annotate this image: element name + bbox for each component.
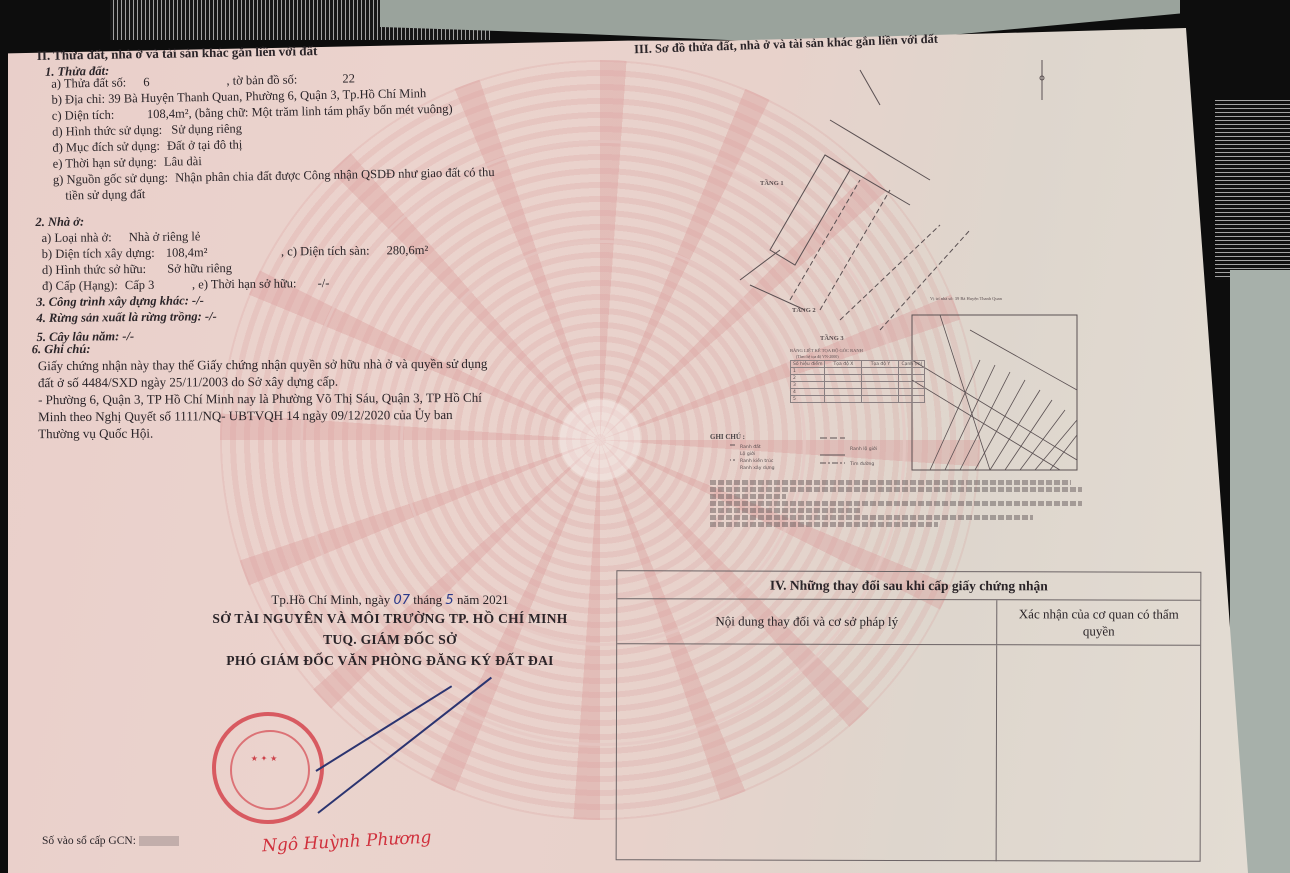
col-header: Cạnh (m) xyxy=(899,361,925,368)
table-row: 3 xyxy=(791,382,925,389)
coord-table: Số hiệu điểm Tọa độ X Tọa độ Y Cạnh (m) … xyxy=(790,360,925,403)
col-header: Tọa độ Y xyxy=(862,361,899,368)
cell xyxy=(862,368,899,375)
issue-month: 5 xyxy=(445,593,453,608)
area-label: c) Diện tích: xyxy=(52,106,144,124)
ownership-label: d) Hình thức sở hữu: xyxy=(42,262,146,277)
serial-number-row: Số vào sổ cấp GCN: xyxy=(42,835,179,847)
floor-3-label: TẦNG 3 xyxy=(820,335,844,342)
table-row: 4 xyxy=(791,389,925,396)
cell xyxy=(825,368,862,375)
grade-value: Cấp 3 xyxy=(121,276,189,293)
cell xyxy=(862,382,899,389)
legend-item: Ranh kiến trúc xyxy=(740,458,860,465)
floor-area-label: , c) Diện tích sàn: xyxy=(281,244,370,259)
note-line: Minh theo Nghị Quyết số 1111/NQ- UBTVQH … xyxy=(38,406,488,425)
map-sheet-label: , tờ bản đồ số: xyxy=(226,72,297,87)
cell xyxy=(899,375,925,382)
cell xyxy=(825,382,862,389)
col-header: Tọa độ X xyxy=(825,361,862,368)
fine-print-line xyxy=(710,487,1082,492)
floor-2-label: TẦNG 2 xyxy=(792,307,816,314)
build-area-label: b) Diện tích xây dựng: xyxy=(42,246,155,261)
official-red-stamp: ★ ✦ ★ xyxy=(212,712,324,824)
legend-item: Tim đường xyxy=(850,461,930,468)
house-type-value: Nhà ở riêng lẻ xyxy=(115,229,201,244)
cell xyxy=(899,396,925,403)
serial-label: Số vào sổ cấp GCN: xyxy=(42,835,136,847)
serial-number-redacted xyxy=(139,836,179,846)
note-line: Thường vụ Quốc Hội. xyxy=(38,423,488,442)
table-row: 2 xyxy=(791,375,925,382)
floor-area-value: 280,6m² xyxy=(373,243,429,258)
fine-print-line xyxy=(710,494,786,499)
issue-day: 07 xyxy=(393,593,410,608)
legend-item: Lộ giới xyxy=(740,451,860,458)
production-forest: 4. Rừng sản xuất là rừng trồng: -/- xyxy=(36,306,429,326)
table-row: 5 xyxy=(791,396,925,403)
cell: 3 xyxy=(791,382,825,389)
changes-table-header: Nội dung thay đổi và cơ sở pháp lý Xác n… xyxy=(617,599,1200,646)
legend-items-left: Ranh đất Lộ giới Ranh kiến trúc Ranh xây… xyxy=(740,444,860,472)
purpose-label: đ) Mục đích sử dụng: xyxy=(52,139,160,155)
diagram-fine-print xyxy=(710,478,1090,529)
cell xyxy=(825,375,862,382)
house-type-label: a) Loại nhà ở: xyxy=(42,230,112,245)
fine-print-line xyxy=(710,522,938,527)
parcel-no: 6 xyxy=(129,73,223,91)
origin-label: g) Nguồn gốc sử dụng: xyxy=(53,171,168,187)
legend-title: GHI CHÚ : xyxy=(710,433,745,441)
address-label: b) Địa chỉ: xyxy=(51,92,105,107)
change-content-cell xyxy=(617,644,998,861)
legend-items-right: Ranh lộ giới Tim đường xyxy=(850,446,930,468)
legend-item: Ranh đất xyxy=(740,444,860,451)
build-area-value: 108,4m² xyxy=(158,244,278,261)
month-label: tháng xyxy=(413,592,442,607)
legend-item: Ranh xây dựng xyxy=(740,465,860,472)
changes-table-body xyxy=(617,644,1201,862)
fine-print-line xyxy=(710,515,1033,520)
usage-form-label: d) Hình thức sử dụng: xyxy=(52,123,162,139)
notes-body: Giấy chứng nhận này thay thế Giấy chứng … xyxy=(38,355,488,442)
fine-print-line xyxy=(710,501,1082,506)
authority-confirmation-cell xyxy=(997,645,1201,862)
house-section: 2. Nhà ở: a) Loại nhà ở: Nhà ở riêng lẻ … xyxy=(35,210,429,345)
cell: 1 xyxy=(791,368,825,375)
year-label: năm xyxy=(457,592,479,607)
authority-line: TUQ. GIÁM ĐỐC SỞ xyxy=(180,629,600,650)
term-value: Lâu dài xyxy=(160,154,202,169)
usage-form-value: Sử dụng riêng xyxy=(165,121,242,136)
coord-table-subtitle: (Theo hệ tọa độ VN-2000) xyxy=(796,354,839,359)
fine-print-line xyxy=(710,480,1071,485)
authority-confirmation-header: Xác nhận của cơ quan có thẩm quyền xyxy=(997,600,1200,645)
table-row: 1 xyxy=(791,368,925,375)
section-4-title: IV. Những thay đổi sau khi cấp giấy chứn… xyxy=(617,571,1200,601)
note-line: Giấy chứng nhận này thay thế Giấy chứng … xyxy=(38,355,488,374)
cell: 2 xyxy=(791,375,825,382)
background-mesh-fabric-right xyxy=(1215,100,1290,280)
cell xyxy=(862,396,899,403)
cell xyxy=(862,389,899,396)
cell xyxy=(825,389,862,396)
col-header: Số hiệu điểm xyxy=(791,361,825,368)
date-prefix: Tp.Hồ Chí Minh, ngày xyxy=(271,592,390,607)
own-term-label: , e) Thời hạn sở hữu: xyxy=(192,276,297,291)
floor-1-label: TẦNG 1 xyxy=(760,180,784,187)
stamp-text: ★ ✦ ★ xyxy=(224,754,304,763)
signature-block: Tp.Hồ Chí Minh, ngày 07 tháng 5 năm 2021… xyxy=(180,592,600,671)
cell xyxy=(862,375,899,382)
issue-date: Tp.Hồ Chí Minh, ngày 07 tháng 5 năm 2021 xyxy=(180,592,600,608)
issue-year: 2021 xyxy=(483,592,509,607)
own-term-value: -/- xyxy=(300,276,330,290)
coord-table-header: Số hiệu điểm Tọa độ X Tọa độ Y Cạnh (m) xyxy=(791,361,925,368)
issuing-org: SỞ TÀI NGUYÊN VÀ MÔI TRƯỜNG TP. HỒ CHÍ M… xyxy=(180,608,600,629)
change-content-header: Nội dung thay đổi và cơ sở pháp lý xyxy=(617,599,997,644)
signer-title: PHÓ GIÁM ĐỐC VĂN PHÒNG ĐĂNG KÝ ĐẤT ĐAI xyxy=(180,650,600,671)
section-2: II. Thửa đất, nhà ở và tài sản khác gắn … xyxy=(37,40,495,204)
coord-table-title: BẢNG LIỆT KÊ TỌA ĐỘ GÓC RANH xyxy=(790,348,863,353)
cell xyxy=(899,382,925,389)
changes-table: IV. Những thay đổi sau khi cấp giấy chứn… xyxy=(616,570,1202,862)
location-label: Vị trí nhà số: 39 Bà Huyện Thanh Quan xyxy=(930,296,1002,301)
fine-print-line xyxy=(710,508,862,513)
cell xyxy=(825,396,862,403)
legend-item: Ranh lộ giới xyxy=(850,446,930,453)
parcel-no-label: a) Thửa đất số: xyxy=(51,75,126,90)
purpose-value: Đất ở tại đô thị xyxy=(163,137,243,152)
map-sheet: 22 xyxy=(300,71,355,86)
cell: 5 xyxy=(791,396,825,403)
grade-label: đ) Cấp (Hạng): xyxy=(42,278,118,293)
term-label: e) Thời hạn sử dụng: xyxy=(53,155,157,171)
notes-section: 6. Ghi chú: Giấy chứng nhận này thay thế… xyxy=(32,339,488,442)
cell: 4 xyxy=(791,389,825,396)
stamp-inner-ring xyxy=(230,730,310,810)
ownership-value: Sở hữu riêng xyxy=(149,261,232,276)
cell xyxy=(899,389,925,396)
cell xyxy=(899,368,925,375)
